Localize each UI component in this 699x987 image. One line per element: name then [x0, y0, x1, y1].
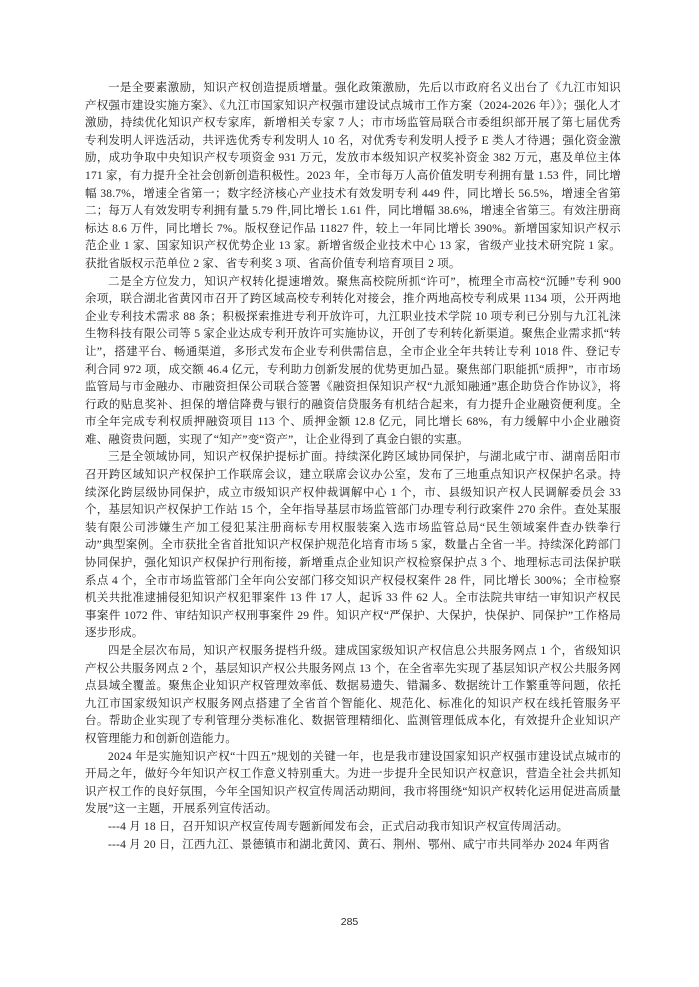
- document-text-block: 一是全要素激励，知识产权创造提质增量。强化政策激励，先后以市政府名义出台了《九江…: [85, 80, 621, 854]
- paragraph-services: 四是全层次布局，知识产权服务提档升级。建成国家级知识产权信息公共服务网点 1 个…: [85, 643, 621, 749]
- page-number: 285: [0, 916, 699, 928]
- paragraph-event-april-18: ---4 月 18 日，召开知识产权宣传周专题新闻发布会，正式启动我市知识产权宣…: [85, 819, 621, 837]
- paragraph-transformation: 二是全方位发力，知识产权转化提速增效。聚焦高校院所抓“许可”，梳理全市高校“沉睡…: [85, 274, 621, 450]
- paragraph-2024-outlook: 2024 年是实施知识产权“十四五”规划的关键一年，也是我市建设国家知识产权强市…: [85, 749, 621, 819]
- paragraph-protection: 三是全领域协同，知识产权保护提标扩面。持续深化跨区域协同保护，与湖北咸宁市、湖南…: [85, 449, 621, 643]
- paragraph-incentives: 一是全要素激励，知识产权创造提质增量。强化政策激励，先后以市政府名义出台了《九江…: [85, 80, 621, 274]
- document-page: 一是全要素激励，知识产权创造提质增量。强化政策激励，先后以市政府名义出台了《九江…: [0, 0, 699, 987]
- paragraph-event-april-20: ---4 月 20 日，江西九江、景德镇市和湖北黄冈、黄石、荆州、鄂州、咸宁市共…: [85, 837, 621, 855]
